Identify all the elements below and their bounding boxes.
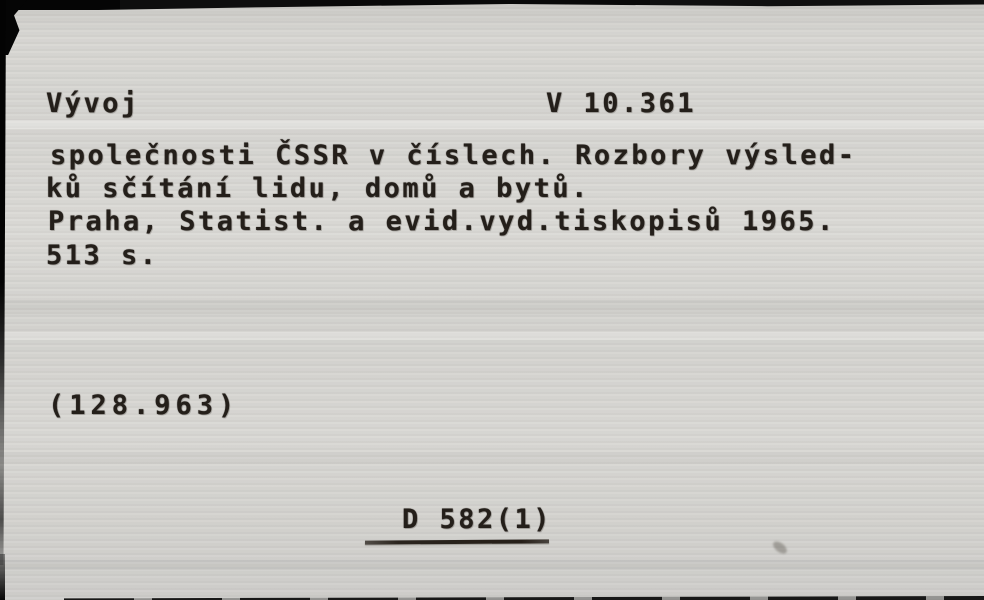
catalog-card: Vývoj V 10.361 společnosti ČSSR v číslec… bbox=[0, 0, 984, 600]
scan-streak bbox=[0, 452, 984, 464]
card-body-line: 513 s. bbox=[46, 240, 159, 271]
scan-streak bbox=[0, 300, 984, 314]
scan-edge-bottom bbox=[64, 596, 984, 600]
card-heading: Vývoj bbox=[46, 88, 140, 119]
scan-streak bbox=[0, 332, 984, 340]
card-body-line: Praha, Statist. a evid.vyd.tiskopisů 196… bbox=[48, 206, 836, 237]
scan-edge-left bbox=[0, 0, 6, 565]
scan-edge-bottom-left-corner bbox=[0, 554, 5, 600]
call-number: V 10.361 bbox=[546, 88, 696, 119]
shelf-mark: D 582(1) bbox=[402, 504, 552, 535]
card-body-line: ků sčítání lidu, domů a bytů. bbox=[46, 173, 590, 204]
scan-streak bbox=[0, 120, 984, 129]
pencil-smudge bbox=[771, 539, 789, 556]
card-body-line: společnosti ČSSR v číslech. Rozbory výsl… bbox=[50, 140, 856, 171]
shelf-mark-underline bbox=[365, 539, 549, 544]
accession-number: (128.963) bbox=[48, 390, 239, 421]
scan-edge-top bbox=[0, 0, 984, 10]
scan-streak bbox=[0, 560, 984, 570]
